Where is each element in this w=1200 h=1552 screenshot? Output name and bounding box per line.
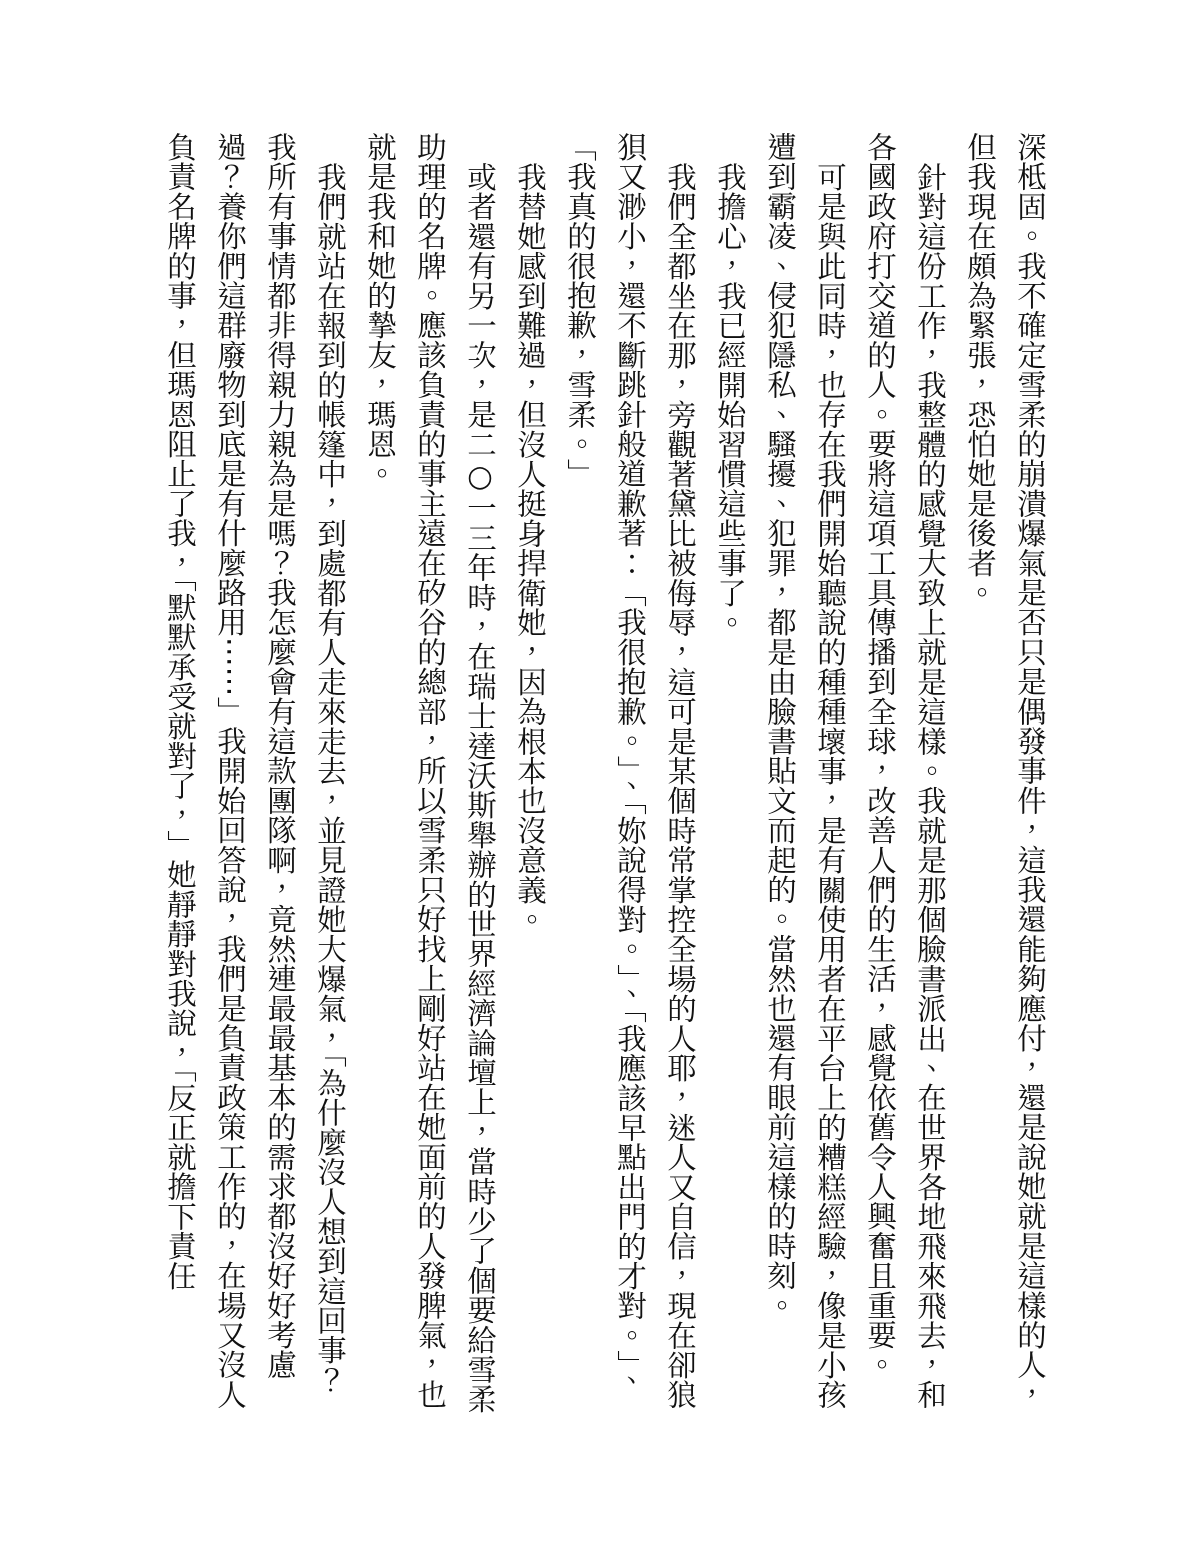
paragraph-1: 深柢固。我不確定雪柔的崩潰爆氣是否只是偶發事件，這我還能夠應付，還是說她就是這樣… — [955, 132, 1055, 1414]
vertical-text-body: 深柢固。我不確定雪柔的崩潰爆氣是否只是偶發事件，這我還能夠應付，還是說她就是這樣… — [155, 132, 1055, 1414]
paragraph-5: 我們全都坐在那，旁觀著黛比被侮辱，這可是某個時常掌控全場的人耶，迷人又自信，現在… — [555, 132, 705, 1414]
paragraph-6: 我替她感到難過，但沒人挺身捍衛她，因為根本也沒意義。 — [505, 132, 555, 1414]
paragraph-8: 我們就站在報到的帳篷中，到處都有人走來走去，並見證她大爆氣，「為什麼沒人想到這回… — [155, 132, 355, 1414]
paragraph-3: 可是與此同時，也存在我們開始聽說的種種壞事，是有關使用者在平台上的糟糕經驗，像是… — [755, 132, 855, 1414]
book-page: 深柢固。我不確定雪柔的崩潰爆氣是否只是偶發事件，這我還能夠應付，還是說她就是這樣… — [0, 0, 1200, 1552]
paragraph-4: 我擔心，我已經開始習慣這些事了。 — [705, 132, 755, 1414]
paragraph-7: 或者還有另一次，是二○一三年時，在瑞士達沃斯舉辦的世界經濟論壇上，當時少了個要給… — [355, 132, 505, 1414]
paragraph-2: 針對這份工作，我整體的感覺大致上就是這樣。我就是那個臉書派出、在世界各地飛來飛去… — [855, 132, 955, 1414]
